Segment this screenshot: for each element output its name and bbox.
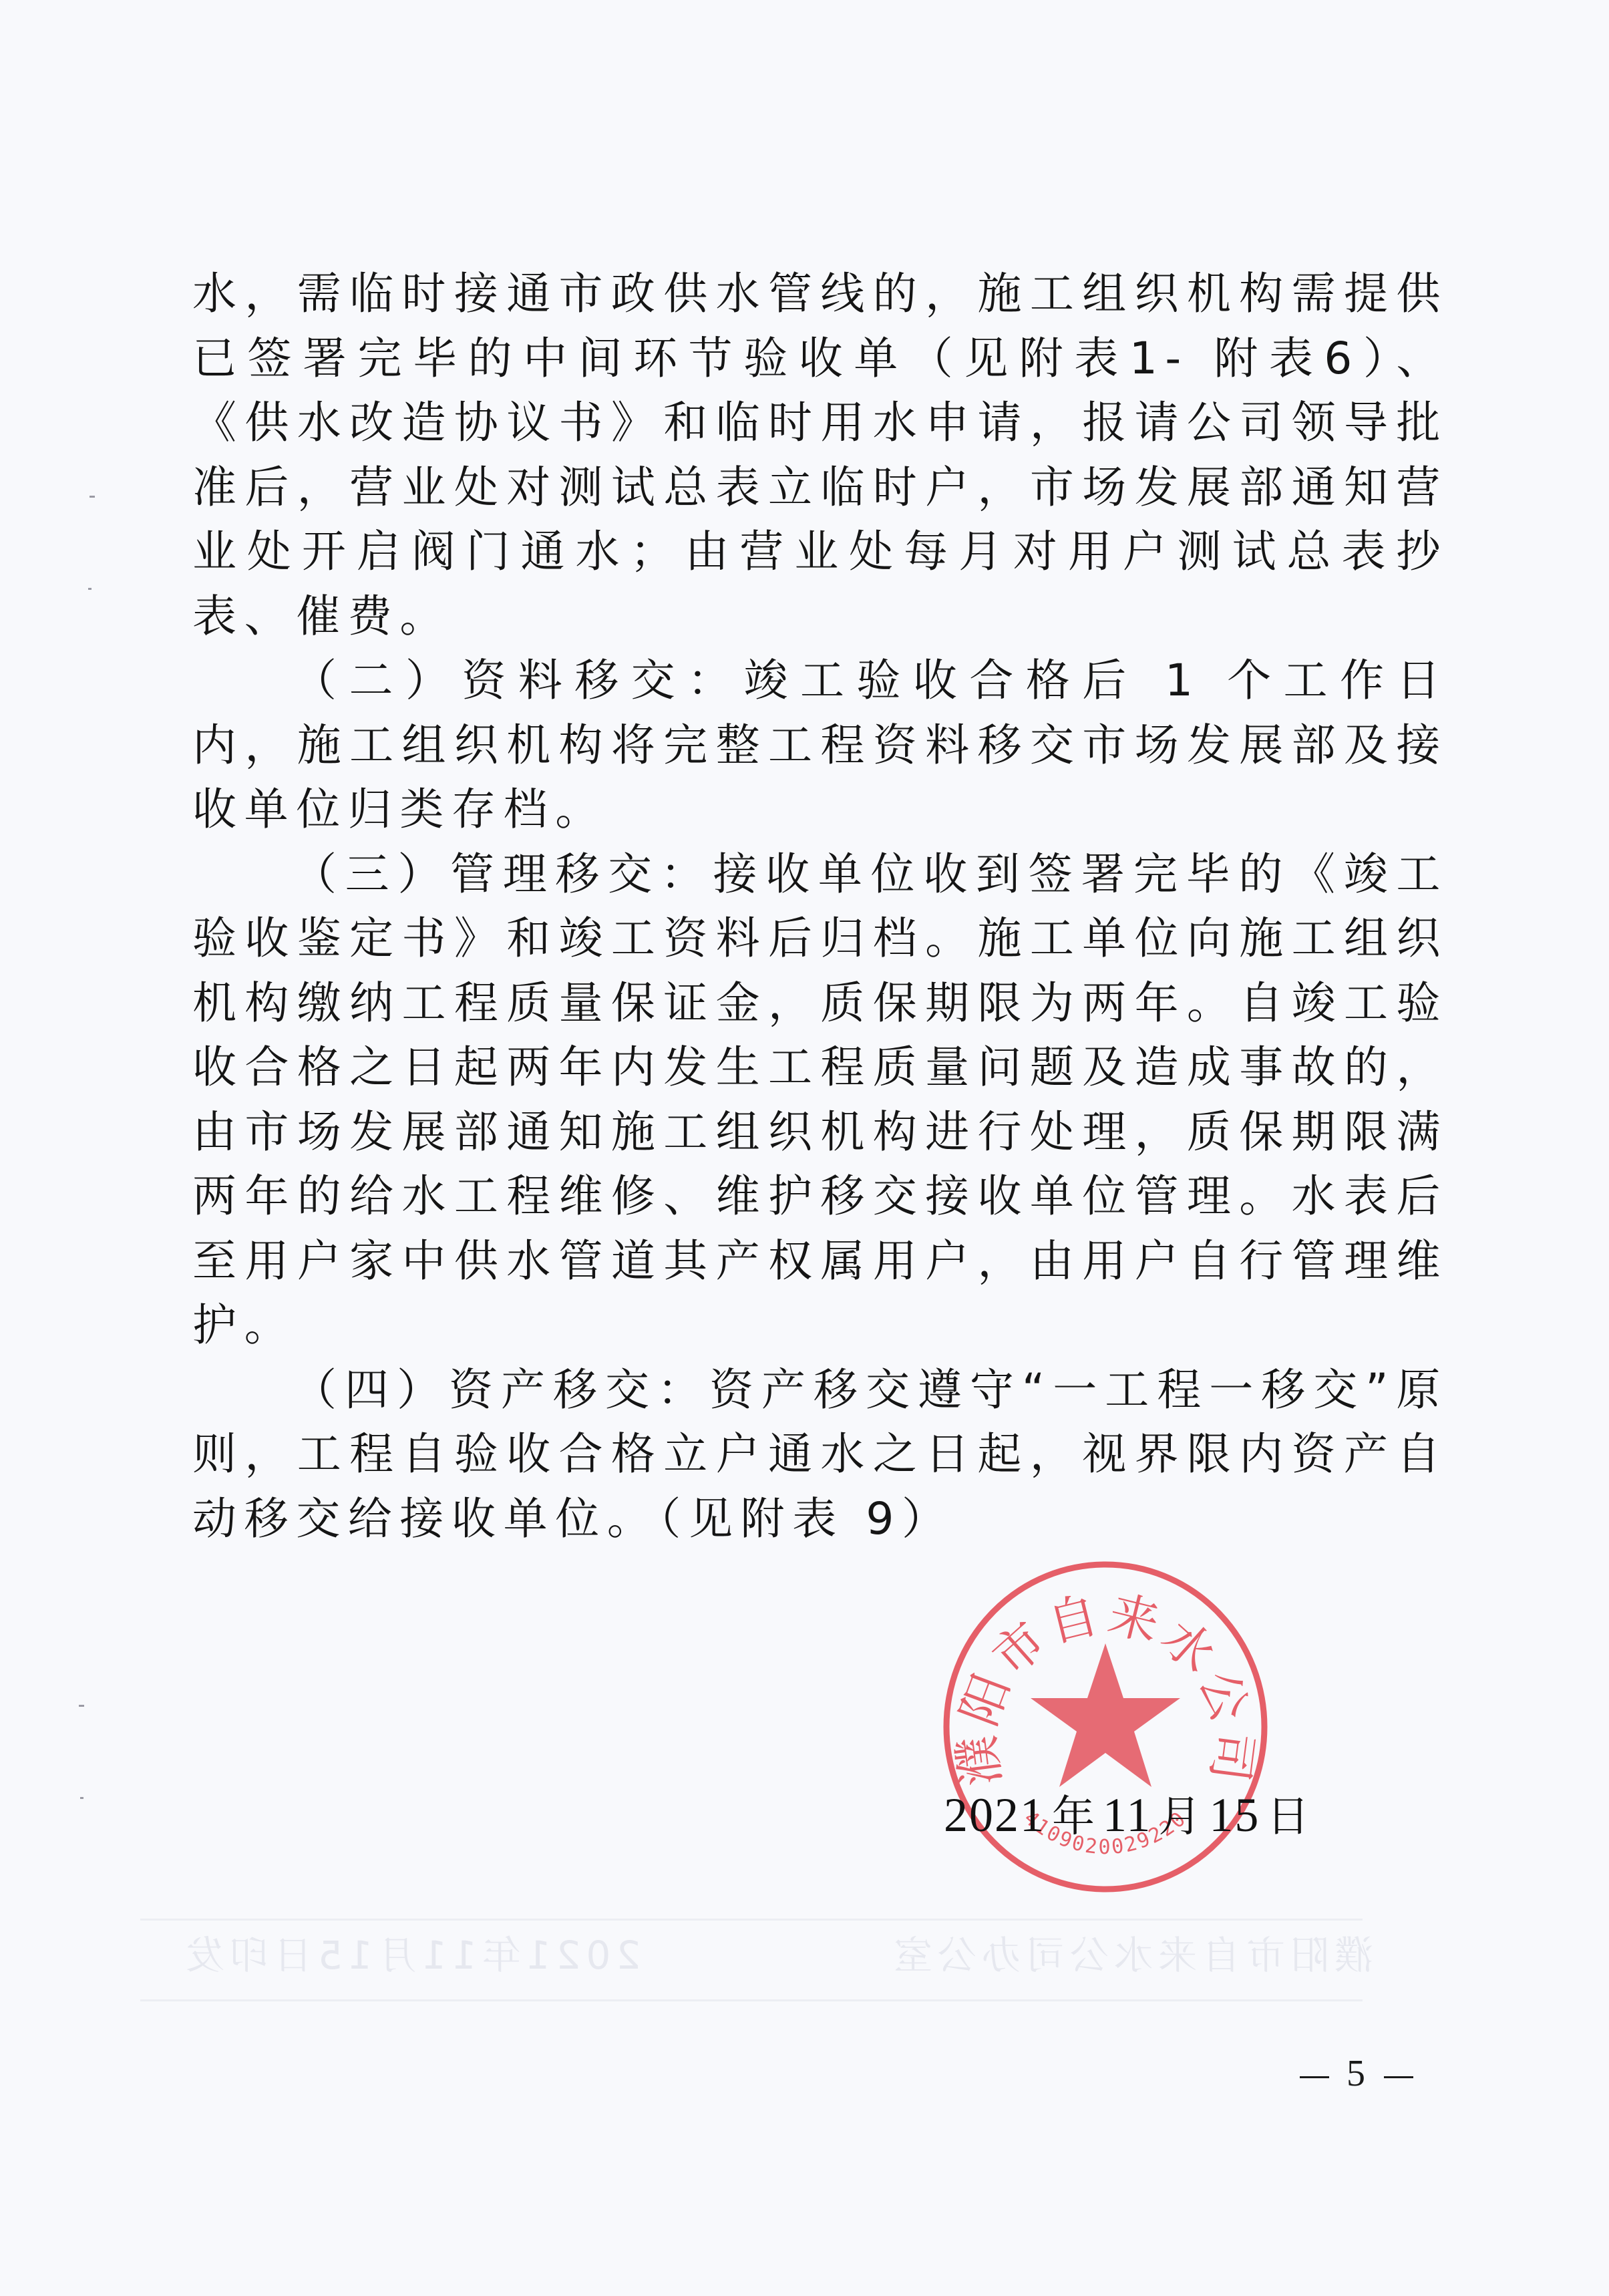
margin-mark: [80, 1797, 83, 1799]
page-number-dash-right: [1384, 2076, 1413, 2078]
date-day-unit: 日: [1266, 1792, 1310, 1842]
paragraph-continuation: 水，需临时接通市政供水管线的，施工组织机构需提供已签署完毕的中间环节验收单（见附…: [192, 262, 1448, 649]
bleed-through-left: 2021年11月15日印发: [180, 1924, 641, 1980]
bleed-through-right: 濮阳市自来水公司办公室: [888, 1924, 1373, 1980]
paragraph-management-handover: （三）管理移交：接收单位收到签署完毕的《竣工验收鉴定书》和竣工资料后归档。施工单…: [192, 842, 1448, 1358]
date-month: 11: [1103, 1788, 1151, 1842]
date-year: 2021: [944, 1788, 1045, 1842]
page-number-dash-left: [1300, 2076, 1329, 2078]
date-year-unit: 年: [1052, 1792, 1096, 1842]
bleed-through-rule: [140, 1919, 1363, 1921]
paragraph-asset-handover: （四）资产移交：资产移交遵守“一工程一移交”原则，工程自验收合格立户通水之日起，…: [192, 1358, 1448, 1552]
margin-mark: [88, 588, 92, 590]
paragraph-data-handover: （二）资料移交：竣工验收合格后 1 个工作日内，施工组织机构将完整工程资料移交市…: [192, 649, 1448, 842]
star-icon: [1031, 1643, 1180, 1787]
margin-mark: [90, 496, 95, 498]
signature-date: 2021年11月15日: [944, 1782, 1317, 1844]
date-day: 15: [1209, 1788, 1260, 1842]
document-body: 水，需临时接通市政供水管线的，施工组织机构需提供已签署完毕的中间环节验收单（见附…: [192, 262, 1448, 1551]
page-number: 5: [1282, 2052, 1431, 2095]
margin-mark: [79, 1705, 84, 1707]
document-page: 水，需临时接通市政供水管线的，施工组织机构需提供已签署完毕的中间环节验收单（见附…: [0, 0, 1609, 2296]
bleed-through-rule: [140, 1999, 1363, 2001]
official-seal: 濮阳市自来水公司 4109020029220: [938, 1560, 1272, 1894]
date-month-unit: 月: [1158, 1792, 1202, 1842]
page-number-value: 5: [1347, 2053, 1367, 2094]
